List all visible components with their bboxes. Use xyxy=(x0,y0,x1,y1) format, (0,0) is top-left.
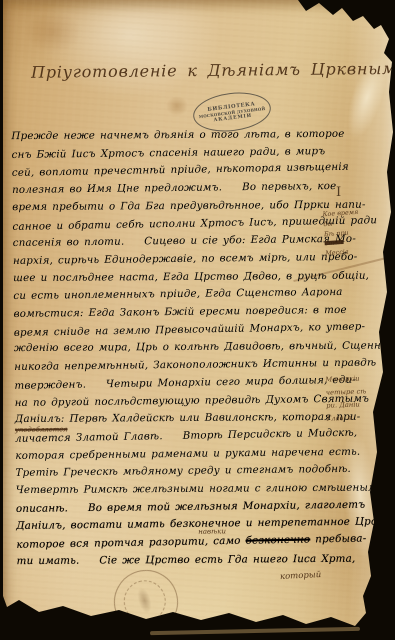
struck-word: безконечно xyxy=(246,534,311,547)
margin-note-line: Глав. в. xyxy=(326,411,367,425)
faded-round-stamp xyxy=(106,562,185,640)
section-numeral: I xyxy=(336,185,341,200)
line-text: пребыва- xyxy=(310,533,366,546)
margin-note-top: Кое время бы Бѣ при ствѣ Мессіа xyxy=(322,208,361,259)
margin-note-bottom: Монархіи четыре сѣ ри. Даніи Глав. в. xyxy=(325,372,367,425)
manuscript-title: Пріуготовленіе к Дѣяніамъ Црквнымъ. xyxy=(31,59,361,81)
manuscript-text-block: Прежде неже начнемъ дѣянія о того лѣта, … xyxy=(11,125,334,571)
interline-correction: навѣки xyxy=(198,527,226,535)
manuscript-line: шее и послѣднее наста, Егда Црство Двдво… xyxy=(13,268,331,288)
struck-insert: уподобляется xyxy=(15,425,68,434)
manuscript-line: Прежде неже начнемъ дѣянія о того лѣта, … xyxy=(11,126,329,146)
margin-note-line: четыре сѣ xyxy=(326,385,367,399)
underlying-page-edge xyxy=(150,627,360,635)
manuscript-page: Пріуготовленіе к Дѣяніамъ Црквнымъ. БИБЛ… xyxy=(0,0,395,640)
photo-of-manuscript: Пріуготовленіе к Дѣяніамъ Црквнымъ. БИБЛ… xyxy=(0,0,395,640)
manuscript-line: ти имать. Сіе же Црство есть Гда ншего І… xyxy=(17,551,335,571)
manuscript-line: Четвертѣ Римскѣ желѣзными ногами с глино… xyxy=(16,480,334,500)
manuscript-line: жденію всего мира, Црь о колѣнѣ Давидовѣ… xyxy=(14,338,332,358)
catchword: который xyxy=(280,570,322,582)
line-text: которое вся протчая разорити, само xyxy=(16,535,245,551)
paper-stain xyxy=(166,96,188,116)
